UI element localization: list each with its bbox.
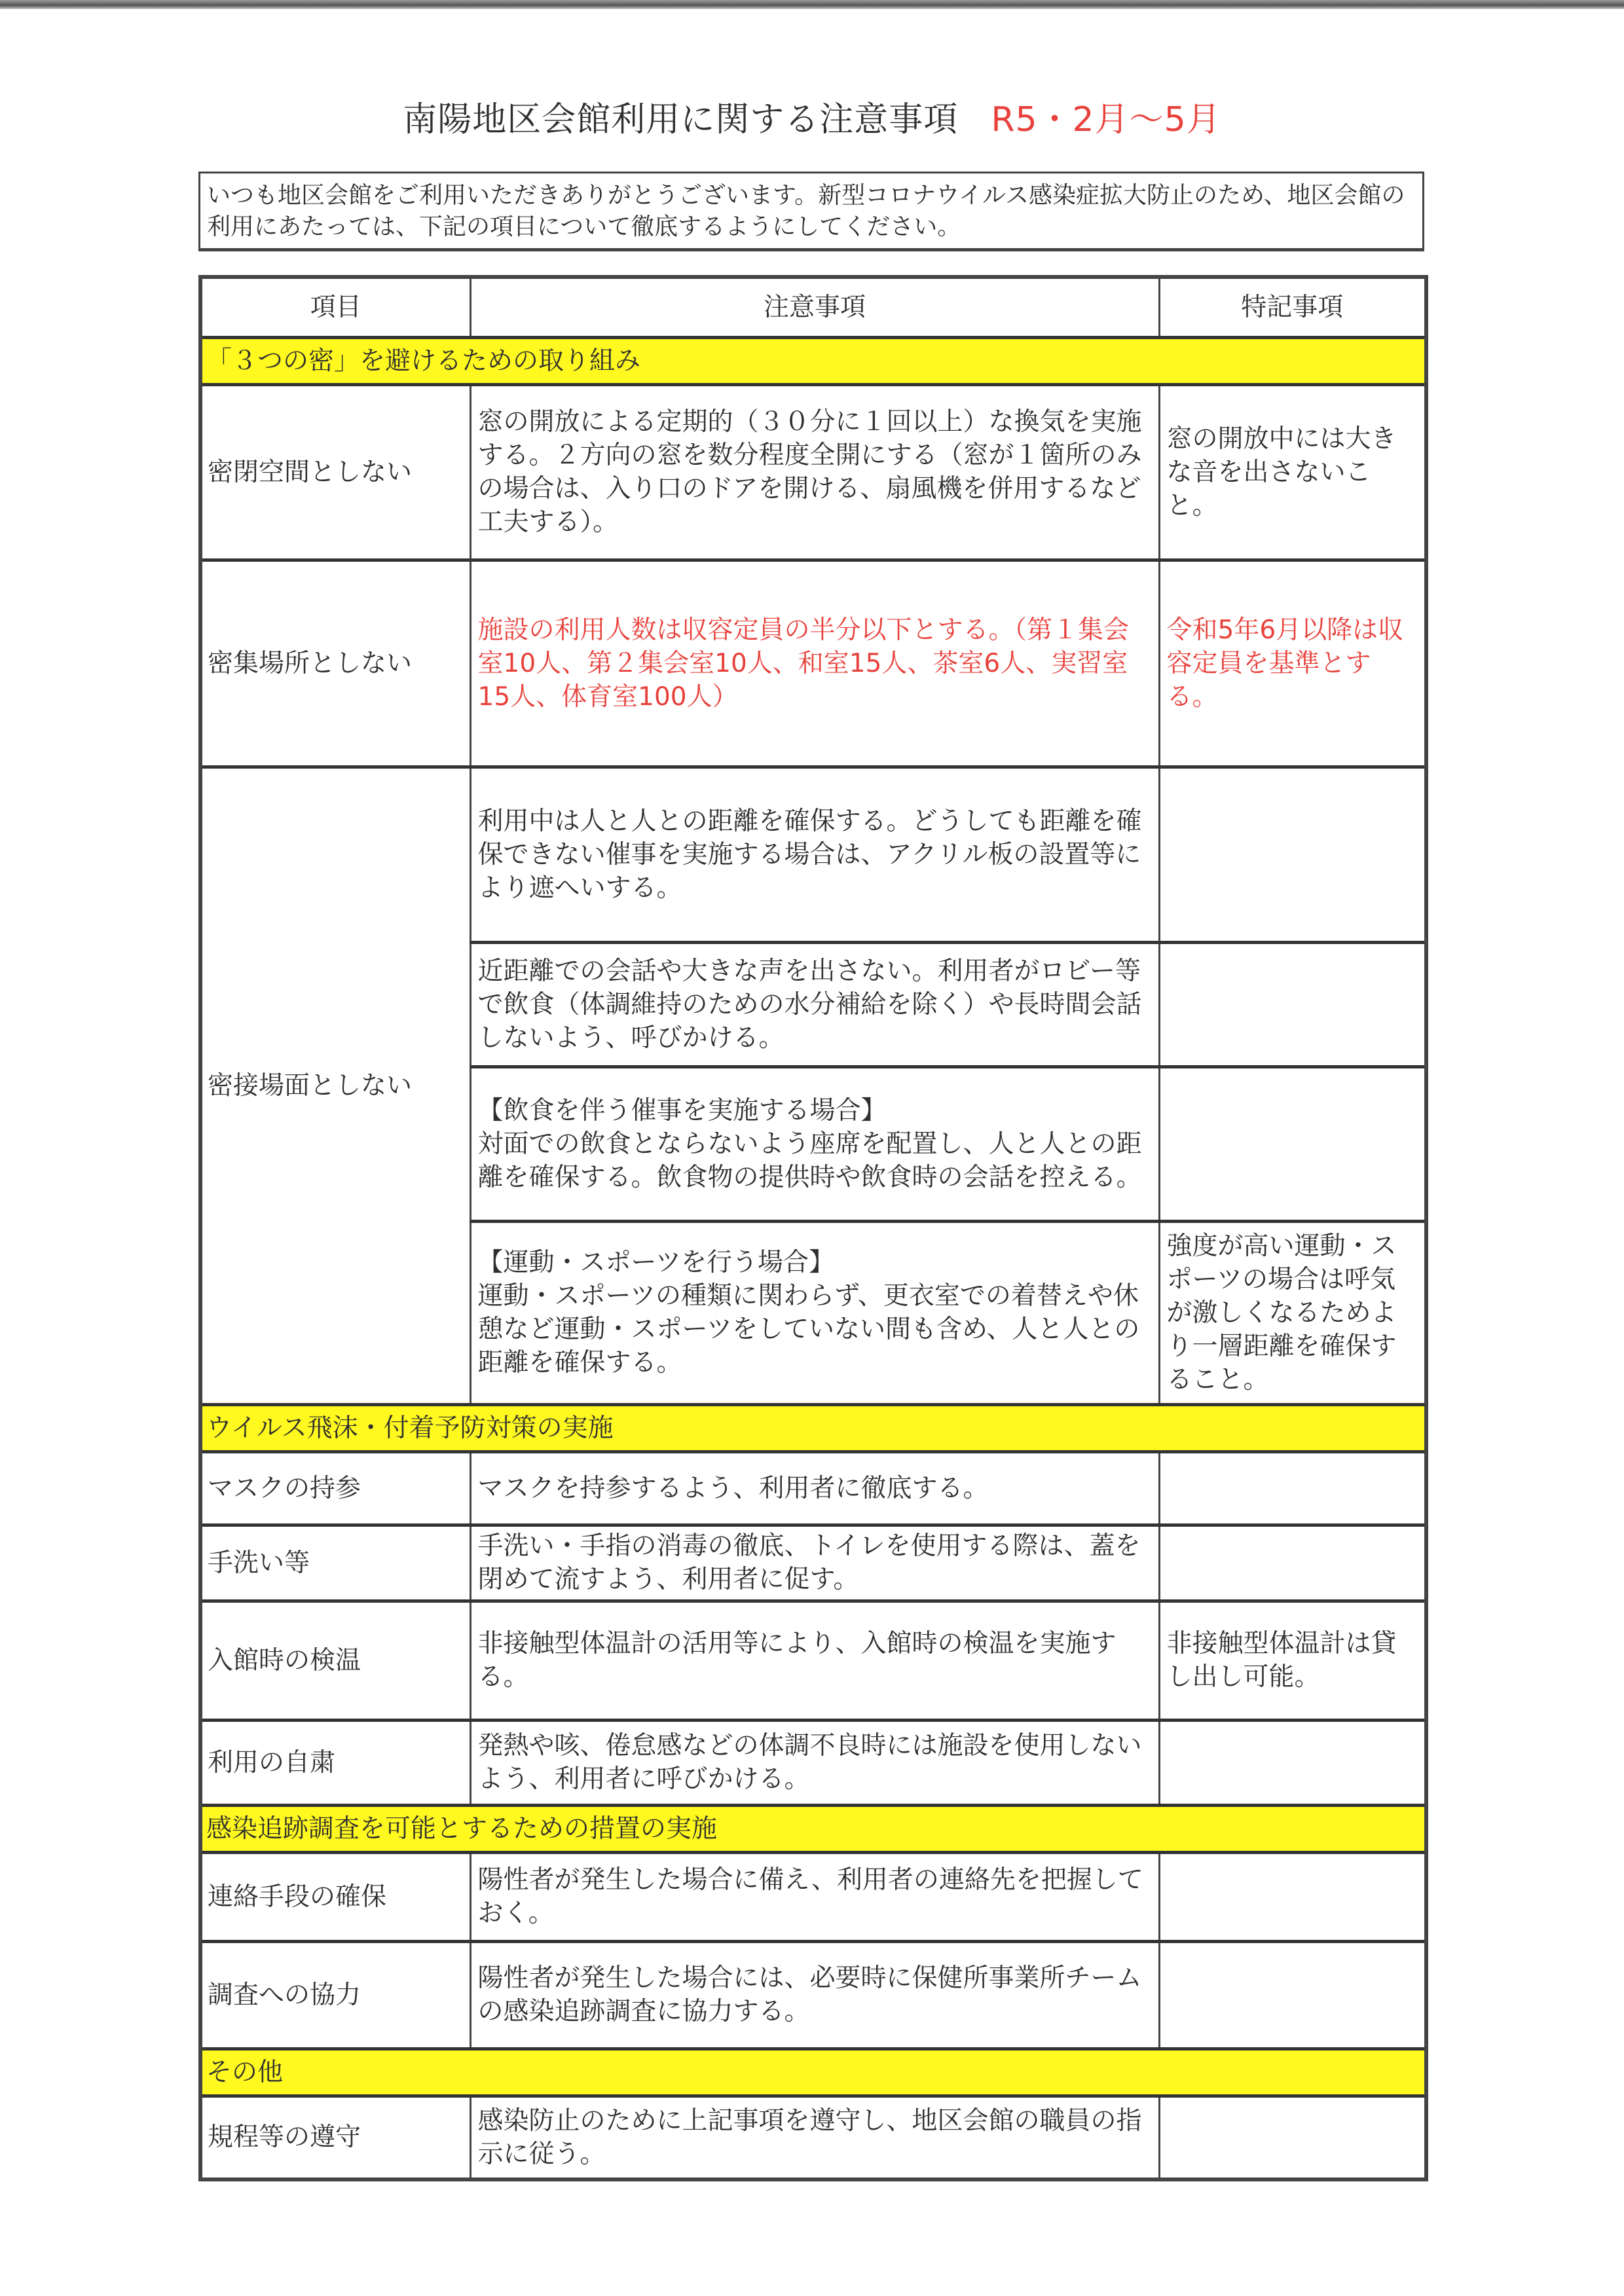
- table-row: 連絡手段の確保 陽性者が発生した場合に備え、利用者の連絡先を把握しておく。: [200, 1852, 1426, 1941]
- note-cell: 近距離での会話や大きな声を出さない。利用者がロビー等で飲食（体調維持のための水分…: [470, 942, 1159, 1066]
- remark-cell: [1159, 767, 1426, 942]
- section-row: ウイルス飛沫・付着予防対策の実施: [200, 1404, 1426, 1451]
- table-row: 調査への協力 陽性者が発生した場合には、必要時に保健所事業所チームの感染追跡調査…: [200, 1941, 1426, 2049]
- remark-cell: 令和5年6月以降は収容定員を基準とする。: [1159, 560, 1426, 767]
- column-header-remarks: 特記事項: [1159, 277, 1426, 337]
- note-cell: 非接触型体温計の活用等により、入館時の検温を実施する。: [470, 1601, 1159, 1720]
- column-header-notes: 注意事項: [470, 277, 1159, 337]
- column-header-item: 項目: [200, 277, 470, 337]
- item-cell: 連絡手段の確保: [200, 1852, 470, 1941]
- table-row: 密閉空間としない 窓の開放による定期的（３０分に１回以上）な換気を実施する。２方…: [200, 384, 1426, 560]
- table-row: 規程等の遵守 感染防止のために上記事項を遵守し、地区会館の職員の指示に従う。: [200, 2096, 1426, 2179]
- section-title: ウイルス飛沫・付着予防対策の実施: [200, 1404, 1426, 1451]
- table-row: 入館時の検温 非接触型体温計の活用等により、入館時の検温を実施する。 非接触型体…: [200, 1601, 1426, 1720]
- item-cell: 密集場所としない: [200, 560, 470, 767]
- note-cell: 【運動・スポーツを行う場合】 運動・スポーツの種類に関わらず、更衣室での着替えや…: [470, 1221, 1159, 1404]
- item-cell: 手洗い等: [200, 1525, 470, 1601]
- note-cell: 窓の開放による定期的（３０分に１回以上）な換気を実施する。２方向の窓を数分程度全…: [470, 384, 1159, 560]
- remark-cell: 窓の開放中には大きな音を出さないこと。: [1159, 384, 1426, 560]
- remark-cell: [1159, 1525, 1426, 1601]
- remark-cell: 強度が高い運動・スポーツの場合は呼気が激しくなるためより一層距離を確保すること。: [1159, 1221, 1426, 1404]
- note-cell: 手洗い・手指の消毒の徹底、トイレを使用する際は、蓋を閉めて流すよう、利用者に促す…: [470, 1525, 1159, 1601]
- page-title: 南陽地区会館利用に関する注意事項R5・2月～5月: [0, 92, 1624, 141]
- section-row: 感染追跡調査を可能とするための措置の実施: [200, 1805, 1426, 1852]
- item-cell: 入館時の検温: [200, 1601, 470, 1720]
- notice-table: 項目 注意事項 特記事項 「３つの密」を避けるための取り組み 密閉空間としない …: [198, 275, 1428, 2181]
- period-label: R5・2月～5月: [991, 100, 1221, 139]
- remark-cell: [1159, 1941, 1426, 2049]
- note-cell: 施設の利用人数は収容定員の半分以下とする。（第１集会室10人、第２集会室10人、…: [470, 560, 1159, 767]
- table-row: マスクの持参 マスクを持参するよう、利用者に徹底する。: [200, 1451, 1426, 1525]
- table-row: 密接場面としない 利用中は人と人との距離を確保する。どうしても距離を確保できない…: [200, 767, 1426, 942]
- table-row: 利用の自粛 発熱や咳、倦怠感などの体調不良時には施設を使用しないよう、利用者に呼…: [200, 1720, 1426, 1805]
- note-cell: 陽性者が発生した場合に備え、利用者の連絡先を把握しておく。: [470, 1852, 1159, 1941]
- intro-text: いつも地区会館をご利用いただきありがとうございます。新型コロナウイルス感染症拡大…: [207, 182, 1405, 240]
- note-cell: 感染防止のために上記事項を遵守し、地区会館の職員の指示に従う。: [470, 2096, 1159, 2179]
- remark-cell: [1159, 1066, 1426, 1221]
- remark-cell: [1159, 942, 1426, 1066]
- section-row: その他: [200, 2049, 1426, 2096]
- note-cell: 発熱や咳、倦怠感などの体調不良時には施設を使用しないよう、利用者に呼びかける。: [470, 1720, 1159, 1805]
- remark-cell: [1159, 1852, 1426, 1941]
- scan-edge: [0, 0, 1624, 9]
- table-row: 密集場所としない 施設の利用人数は収容定員の半分以下とする。（第１集会室10人、…: [200, 560, 1426, 767]
- item-cell: 規程等の遵守: [200, 2096, 470, 2179]
- table-row: 手洗い等 手洗い・手指の消毒の徹底、トイレを使用する際は、蓋を閉めて流すよう、利…: [200, 1525, 1426, 1601]
- intro-box: いつも地区会館をご利用いただきありがとうございます。新型コロナウイルス感染症拡大…: [198, 172, 1424, 251]
- item-cell: 利用の自粛: [200, 1720, 470, 1805]
- section-title: 感染追跡調査を可能とするための措置の実施: [200, 1805, 1426, 1852]
- section-title: 「３つの密」を避けるための取り組み: [200, 337, 1426, 384]
- remark-cell: [1159, 1451, 1426, 1525]
- item-cell: マスクの持参: [200, 1451, 470, 1525]
- item-cell: 密閉空間としない: [200, 384, 470, 560]
- note-cell: 【飲食を伴う催事を実施する場合】 対面での飲食とならないよう座席を配置し、人と人…: [470, 1066, 1159, 1221]
- item-cell: 調査への協力: [200, 1941, 470, 2049]
- remark-cell: [1159, 1720, 1426, 1805]
- title-text: 南陽地区会館利用に関する注意事項: [403, 100, 958, 139]
- remark-cell: 非接触型体温計は貸し出し可能。: [1159, 1601, 1426, 1720]
- section-row: 「３つの密」を避けるための取り組み: [200, 337, 1426, 384]
- note-cell: 利用中は人と人との距離を確保する。どうしても距離を確保できない催事を実施する場合…: [470, 767, 1159, 942]
- note-cell: 陽性者が発生した場合には、必要時に保健所事業所チームの感染追跡調査に協力する。: [470, 1941, 1159, 2049]
- note-cell: マスクを持参するよう、利用者に徹底する。: [470, 1451, 1159, 1525]
- section-title: その他: [200, 2049, 1426, 2096]
- header-row: 項目 注意事項 特記事項: [200, 277, 1426, 337]
- remark-cell: [1159, 2096, 1426, 2179]
- item-cell: 密接場面としない: [200, 767, 470, 1404]
